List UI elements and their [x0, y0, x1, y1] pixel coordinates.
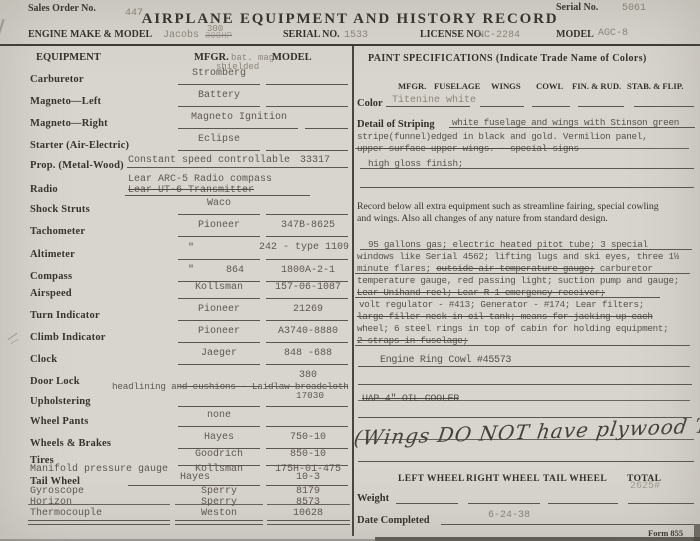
- underline: [178, 84, 260, 85]
- underline: [449, 127, 695, 128]
- underline: [178, 426, 260, 427]
- row-model-value: 21269: [266, 304, 350, 316]
- row-label: Altimeter: [30, 249, 75, 261]
- underline: [480, 106, 524, 107]
- underline: [634, 106, 694, 107]
- underline: [355, 273, 690, 274]
- double-rule: [175, 520, 263, 525]
- underline: [355, 345, 690, 346]
- row-model-value: 157-06-1087: [266, 282, 350, 294]
- underline: [178, 128, 298, 129]
- underline: [178, 106, 260, 107]
- row-mfgr-ditto: ": [188, 265, 194, 277]
- weight-col-left-wheel: LEFT WHEEL: [398, 474, 465, 484]
- row-mfgr-value: Hayes: [150, 472, 240, 484]
- serial-no-value: 1533: [344, 30, 368, 42]
- underline: [178, 236, 260, 237]
- row-mfgr-value: Hayes: [178, 432, 260, 444]
- paint-col-mfgr: MFGR.: [398, 81, 426, 91]
- extra-line-6: volt regulator - #413; Generator - #174;…: [359, 299, 644, 311]
- total-weight-faint-value: 2625#: [630, 481, 660, 493]
- row-mfgr-value: Jaeger: [178, 348, 260, 360]
- row-label: Compass: [30, 271, 72, 283]
- row-label: Wheels & Brakes: [30, 438, 111, 450]
- serial-no-label: SERIAL NO.: [283, 29, 340, 40]
- row-mfgr-value: Weston: [178, 508, 260, 520]
- row-label: Tachometer: [30, 226, 85, 238]
- blank-rule: [358, 461, 694, 462]
- underline: [178, 298, 260, 299]
- row-label: Door Lock: [30, 376, 80, 388]
- row-model-value: 347B-8625: [266, 220, 350, 232]
- underline: [358, 366, 690, 367]
- underline: [178, 364, 260, 365]
- underline: [360, 249, 692, 250]
- row-label: Radio: [30, 184, 58, 196]
- page-title: AIRPLANE EQUIPMENT AND HISTORY RECORD: [0, 11, 700, 28]
- underline: [266, 406, 348, 407]
- license-no-label: LICENSE NO.: [420, 29, 484, 40]
- underline: [266, 106, 348, 107]
- row-label: Magneto—Left: [30, 96, 101, 108]
- double-rule: [267, 520, 350, 525]
- weight-col-tail-wheel: TAIL WHEEL: [543, 474, 607, 484]
- row-mfgr-value: none: [178, 410, 260, 422]
- row-model-value: 10-3: [266, 472, 350, 484]
- extra-line-4: temperature gauge, red passing light; su…: [357, 275, 679, 287]
- row-model-value: 750-10: [266, 432, 350, 444]
- row-model-value: 1800A-2-1: [266, 265, 350, 277]
- row-mfgr-value: Kollsman: [178, 282, 260, 294]
- underline: [396, 503, 458, 504]
- underline: [355, 297, 660, 298]
- row-mfgr-value: Magneto Ignition: [178, 112, 300, 124]
- extra-line-7-struck: large filler neck in oil tank; means for…: [357, 311, 653, 323]
- underline: [305, 128, 348, 129]
- extra-line-8: wheel; 6 steel rings in top of cabin for…: [357, 323, 668, 335]
- row-mfgr-value: Waco: [178, 198, 260, 210]
- row-mfgr-ditto: ": [188, 243, 194, 255]
- row-model-value: 848 -688: [266, 348, 350, 360]
- underline: [266, 84, 348, 85]
- engine-power-struck: 300HP: [205, 31, 232, 42]
- underline: [468, 503, 540, 504]
- underline: [178, 320, 260, 321]
- equipment-row-thermocouple: Thermocouple Weston 10628: [0, 508, 352, 530]
- color-label: Color: [357, 98, 383, 109]
- date-completed-label: Date Completed: [357, 515, 430, 526]
- record-note-line-1: Record below all extra equipment such as…: [357, 201, 659, 213]
- scan-corner-mark: [0, 19, 11, 37]
- paint-col-stab-flip: STAB. & FLIP.: [627, 81, 683, 91]
- double-rule: [28, 520, 170, 525]
- row-mfgr-value: Battery: [178, 90, 260, 102]
- paint-spec-title: PAINT SPECIFICATIONS (Indicate Trade Nam…: [368, 53, 647, 64]
- underline: [628, 503, 694, 504]
- row-model-value: A3740-8880: [266, 326, 350, 338]
- row-model-value: 242 - type 1109: [256, 242, 352, 254]
- underline: [178, 150, 260, 151]
- paint-col-fin-rud: FIN. & RUD.: [572, 81, 621, 91]
- row-label: Upholstering: [30, 396, 91, 408]
- equipment-row-upholstering: Upholstering: [0, 394, 352, 416]
- underline: [266, 150, 348, 151]
- row-mfgr-number: 864: [226, 265, 244, 277]
- engine-make-label: ENGINE MAKE & MODEL: [28, 29, 152, 40]
- license-no-value: NC-2284: [478, 30, 520, 42]
- weight-col-right-wheel: RIGHT WHEEL: [466, 474, 540, 484]
- blank-rule: [358, 384, 692, 385]
- paint-col-cowl: COWL: [536, 81, 563, 91]
- engine-make-value: Jacobs: [163, 30, 199, 42]
- row-model-value: 10628: [266, 508, 350, 520]
- row-label: Shock Struts: [30, 204, 90, 216]
- paint-col-fuselage: FUSELAGE: [434, 81, 480, 91]
- underline: [386, 106, 470, 107]
- underline: [266, 342, 348, 343]
- model-value: AGC-8: [598, 28, 628, 40]
- underline: [266, 259, 348, 260]
- scan-edge-smudge: [694, 524, 700, 541]
- underline: [266, 236, 348, 237]
- row-mfgr-value: Pioneer: [178, 326, 260, 338]
- blank-rule: [360, 187, 694, 188]
- row-label: Turn Indicator: [30, 310, 100, 322]
- row-mfgr-value: Pioneer: [178, 304, 260, 316]
- row-label: Carburetor: [30, 74, 84, 86]
- row-label: Clock: [30, 354, 57, 366]
- underline: [127, 167, 348, 168]
- underline: [266, 320, 348, 321]
- underline: [578, 106, 624, 107]
- row-label: Magneto—Right: [30, 118, 108, 130]
- underline: [441, 524, 694, 525]
- row-mfgr-value: Constant speed controllable: [128, 155, 290, 167]
- striping-label: Detail of Striping: [357, 119, 435, 130]
- column-divider-rule: [352, 46, 354, 536]
- underline: [360, 168, 694, 169]
- underline: [178, 342, 260, 343]
- underline: [548, 503, 618, 504]
- row-label: Climb Indicator: [30, 332, 106, 344]
- header-divider-rule: [0, 44, 700, 46]
- row-label-typed: Thermocouple: [30, 508, 102, 520]
- scan-edge-smudge: [375, 537, 700, 541]
- underline: [178, 259, 260, 260]
- airplane-equipment-record-form: Sales Order No. 447 Serial No. 5061 AIRP…: [0, 0, 700, 541]
- underline: [266, 214, 348, 215]
- equipment-row-carburetor: Carburetor Stromberg: [0, 72, 352, 94]
- weight-label: Weight: [357, 493, 389, 504]
- model-label: MODEL: [556, 29, 594, 40]
- row-label: Airspeed: [30, 288, 72, 300]
- underline: [266, 298, 348, 299]
- row-label: Prop. (Metal-Wood): [30, 160, 124, 172]
- row-model-value: 850-10: [266, 449, 350, 461]
- row-mfgr-value: Goodrich: [178, 449, 260, 461]
- equipment-column-header: EQUIPMENT: [36, 52, 101, 63]
- oil-cooler-note-struck: UAP 4" OIL COOLER: [362, 394, 459, 407]
- row-mfgr-value: Stromberg: [178, 68, 260, 80]
- striping-line-3-struck: upper surface upper wings. - special sig…: [357, 143, 579, 155]
- paint-col-wings: WINGS: [491, 81, 521, 91]
- underline: [178, 406, 260, 407]
- row-mfgr-value: Eclipse: [178, 134, 260, 146]
- striping-line-2: stripe(funnel)edged in black and gold. V…: [357, 131, 647, 143]
- extra-line-2: windows like Serial 4562; lifting lugs a…: [357, 251, 679, 263]
- underline: [266, 364, 348, 365]
- row-label: Wheel Pants: [30, 416, 89, 428]
- underline: [532, 106, 570, 107]
- underline: [266, 426, 348, 427]
- underline: [178, 214, 260, 215]
- model-column-header: MODEL: [272, 52, 312, 63]
- date-completed-value: 6-24-38: [488, 510, 530, 522]
- record-note-line-2: and wings. Also all changes of any natur…: [357, 213, 608, 225]
- row-model-value: 33317: [300, 155, 330, 167]
- underline: [125, 195, 310, 196]
- equipment-row-magneto-right: Magneto—Right Magneto Ignition: [0, 116, 352, 138]
- row-label: Starter (Air-Electric): [30, 140, 129, 152]
- row-mfgr-value: Pioneer: [178, 220, 260, 232]
